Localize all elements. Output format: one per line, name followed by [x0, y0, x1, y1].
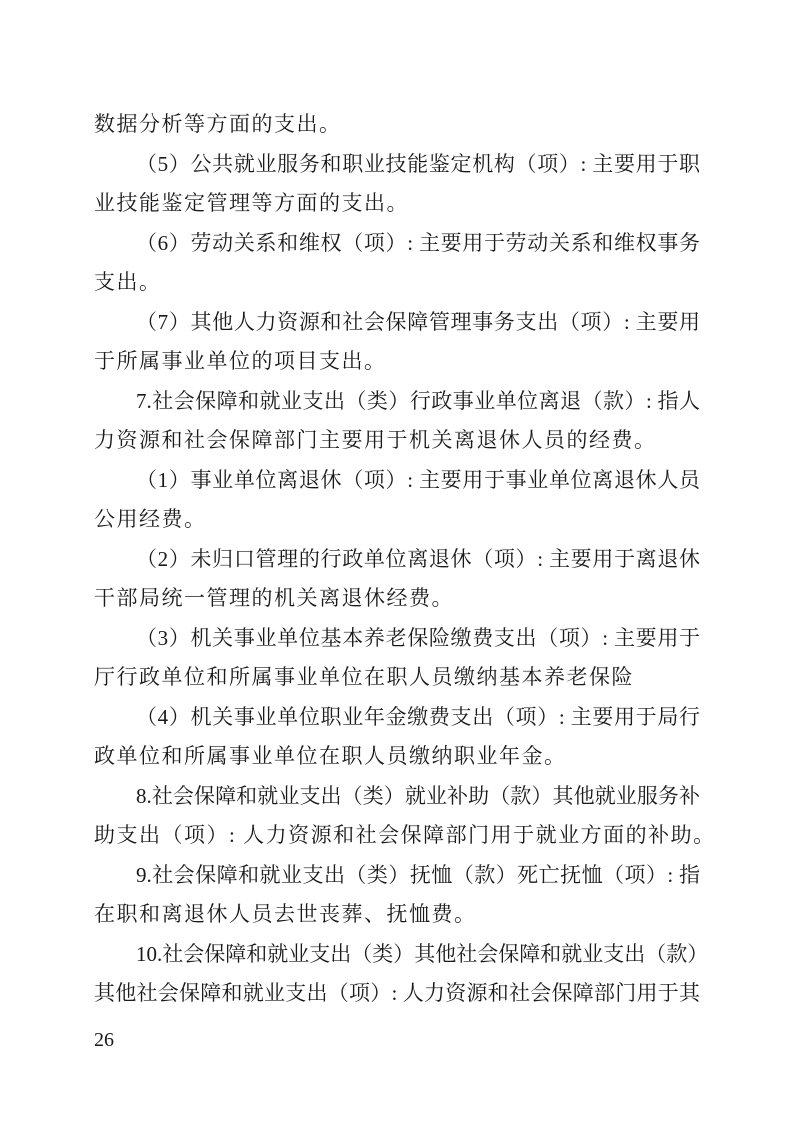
document-line: 10.社会保障和就业支出（类）其他社会保障和就业支出（款） — [94, 935, 700, 975]
document-line: （4）机关事业单位职业年金缴费支出（项）: 主要用于局行 — [94, 698, 700, 738]
document-line: 公用经费。 — [94, 500, 700, 540]
document-line: 力资源和社会保障部门主要用于机关离退休人员的经费。 — [94, 421, 700, 461]
document-line: （3）机关事业单位基本养老保险缴费支出（项）: 主要用于 — [94, 619, 700, 659]
document-line: 其他社会保障和就业支出（项）: 人力资源和社会保障部门用于其 — [94, 974, 700, 1014]
document-line: （6）劳动关系和维权（项）: 主要用于劳动关系和维权事务 — [94, 224, 700, 264]
document-line: 助支出（项）: 人力资源和社会保障部门用于就业方面的补助。 — [94, 816, 700, 856]
document-line: （1）事业单位离退休（项）: 主要用于事业单位离退休人员 — [94, 461, 700, 501]
document-line: 数据分析等方面的支出。 — [94, 105, 700, 145]
page-body-text: 数据分析等方面的支出。 （5）公共就业服务和职业技能鉴定机构（项）: 主要用于职… — [94, 105, 700, 1014]
document-line: 政单位和所属事业单位在职人员缴纳职业年金。 — [94, 737, 700, 777]
document-line: 支出。 — [94, 263, 700, 303]
document-line: （7）其他人力资源和社会保障管理事务支出（项）: 主要用 — [94, 303, 700, 343]
document-line: 9.社会保障和就业支出（类）抚恤（款）死亡抚恤（项）: 指 — [94, 856, 700, 896]
document-line: 干部局统一管理的机关离退休经费。 — [94, 579, 700, 619]
document-line: 7.社会保障和就业支出（类）行政事业单位离退（款）: 指人 — [94, 382, 700, 422]
page-number: 26 — [94, 1026, 114, 1054]
document-line: 厅行政单位和所属事业单位在职人员缴纳基本养老保险 — [94, 658, 700, 698]
document-line: （2）未归口管理的行政单位离退休（项）: 主要用于离退休 — [94, 540, 700, 580]
document-line: 8.社会保障和就业支出（类）就业补助（款）其他就业服务补 — [94, 777, 700, 817]
document-line: 于所属事业单位的项目支出。 — [94, 342, 700, 382]
document-line: 业技能鉴定管理等方面的支出。 — [94, 184, 700, 224]
document-line: 在职和离退休人员去世丧葬、抚恤费。 — [94, 895, 700, 935]
document-page: 数据分析等方面的支出。 （5）公共就业服务和职业技能鉴定机构（项）: 主要用于职… — [0, 0, 793, 1122]
document-line: （5）公共就业服务和职业技能鉴定机构（项）: 主要用于职 — [94, 145, 700, 185]
